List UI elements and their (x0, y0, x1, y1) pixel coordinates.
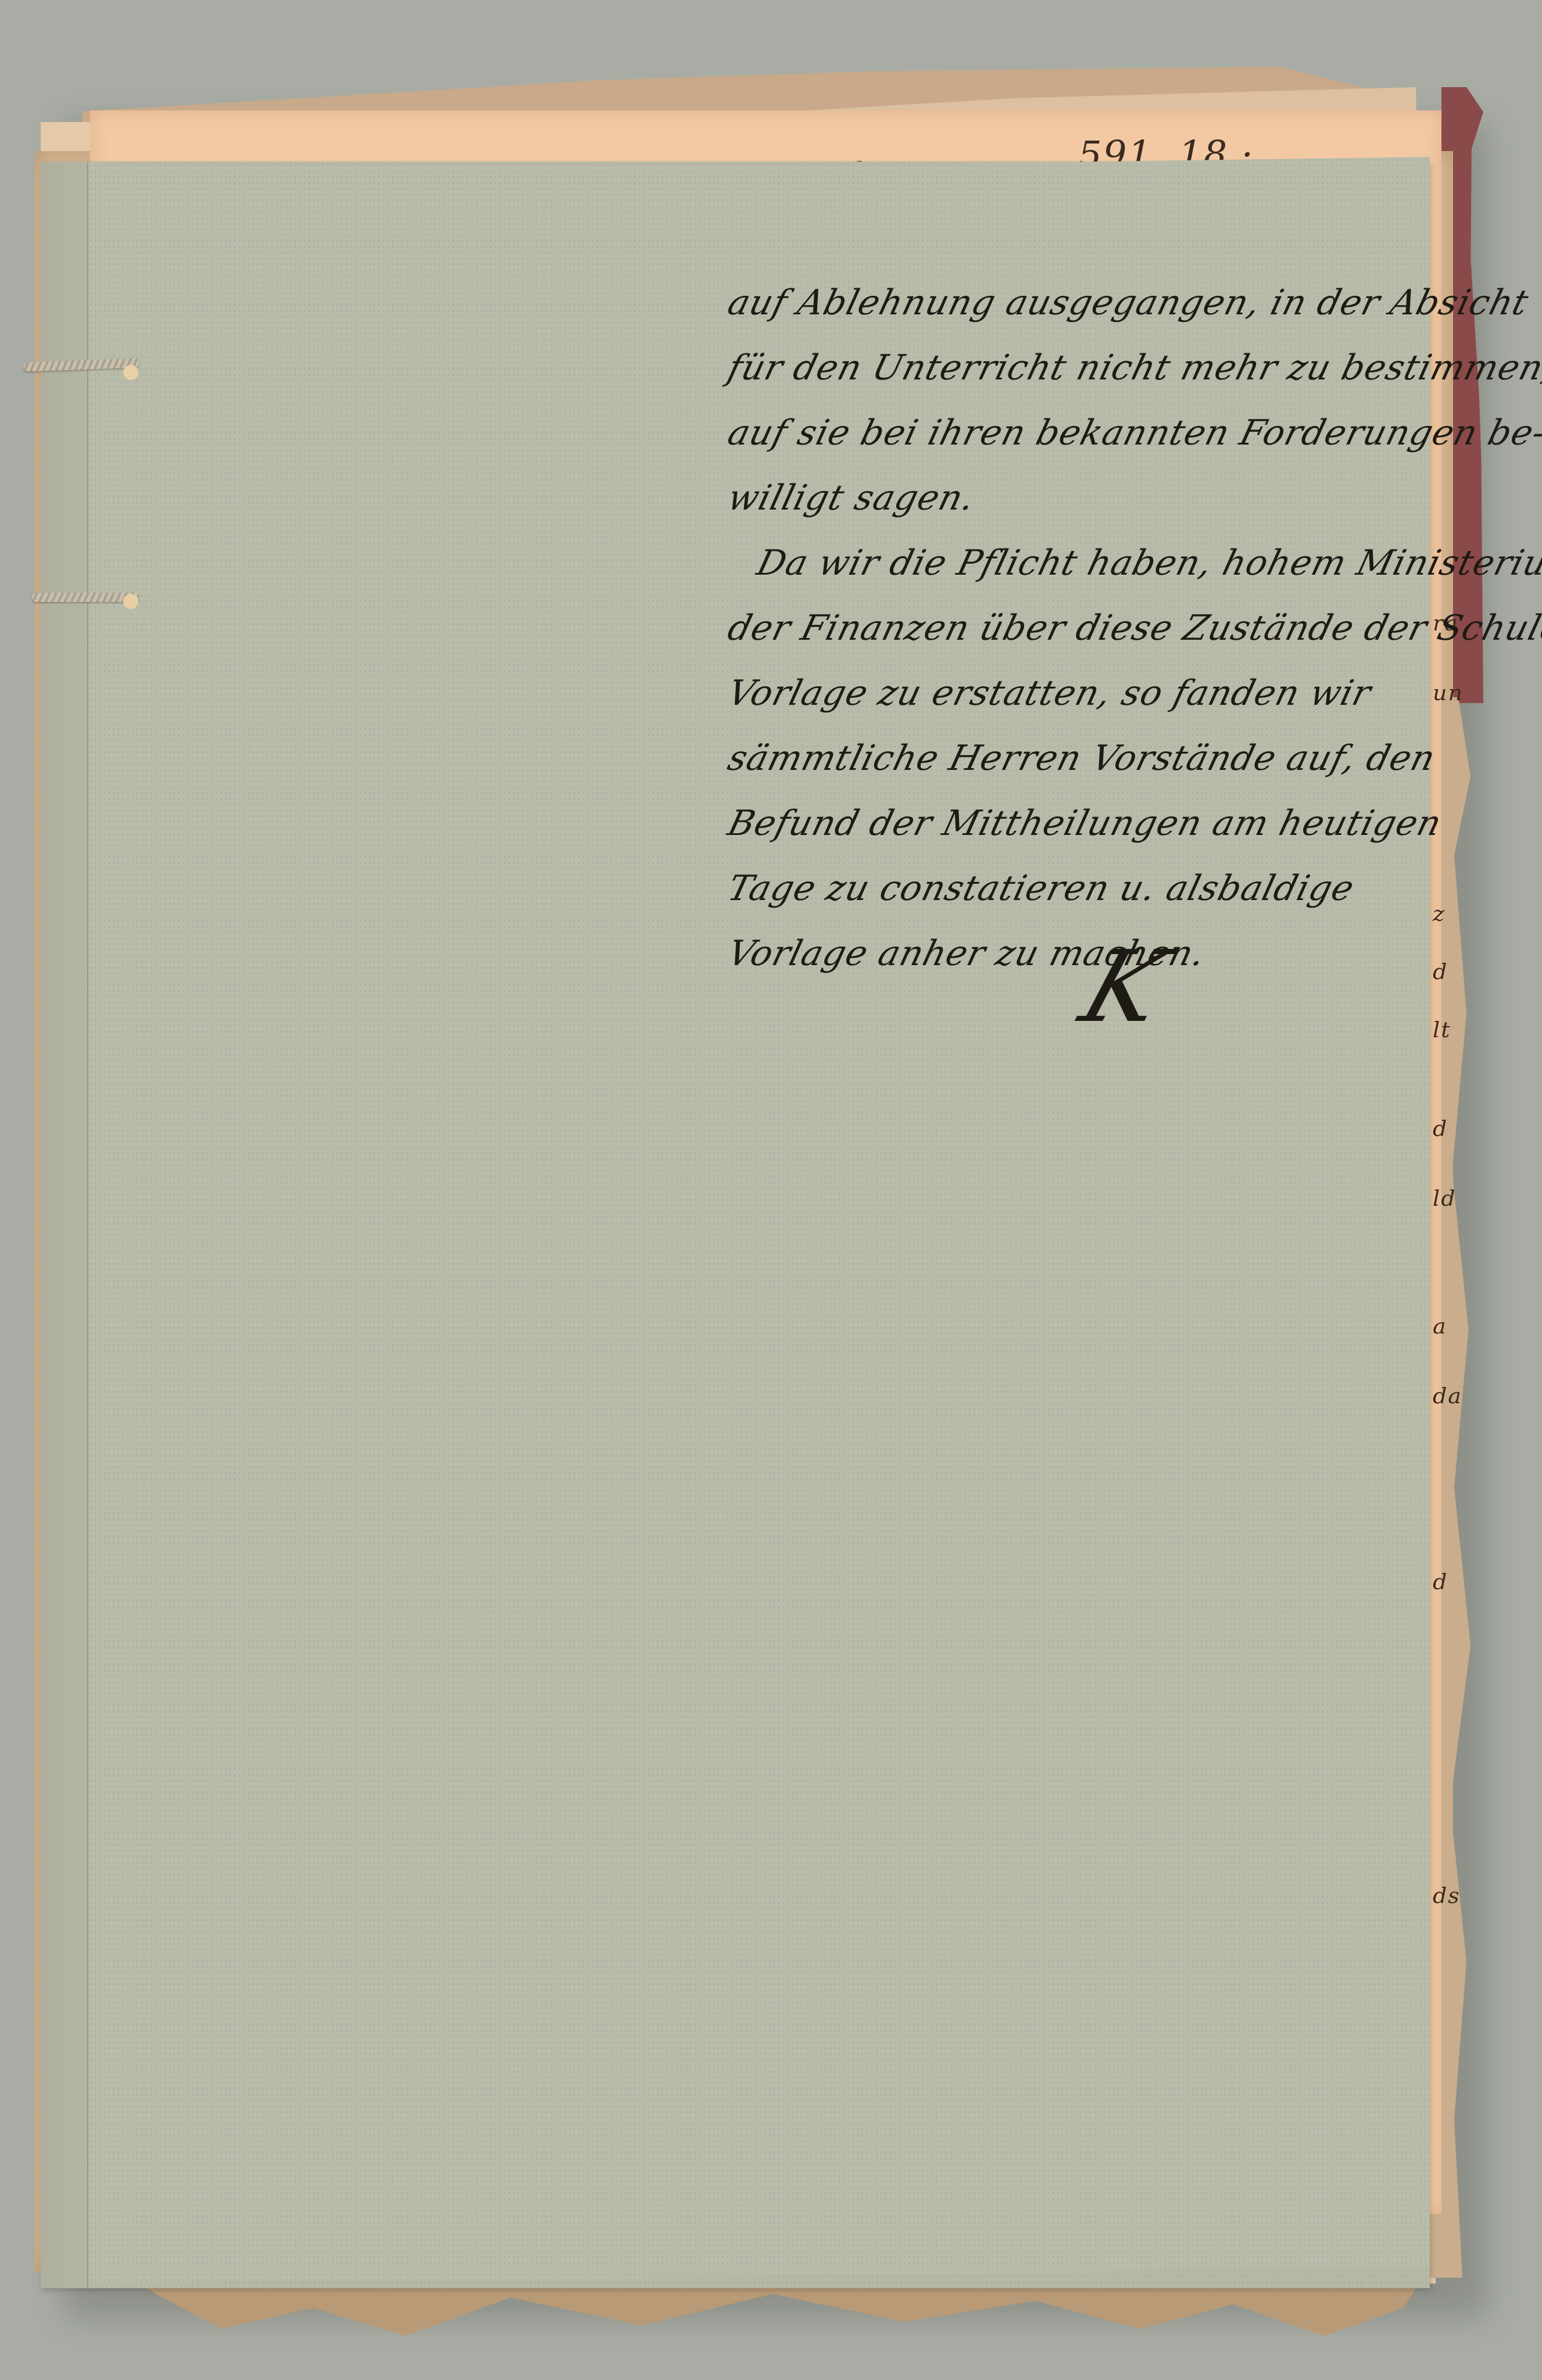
edge-text-fragment: ld (1433, 1185, 1456, 1211)
handwritten-text-block: auf Ablehnung ausgegangen, in der Absich… (721, 270, 1418, 986)
manuscript-line: Befund der Mittheilungen am heutigen (721, 791, 1434, 856)
manuscript-line: der Finanzen über diese Zustände der Sch… (721, 596, 1434, 661)
edge-text-fragment: un (1433, 680, 1464, 705)
edge-text-fragment: z (1433, 901, 1446, 926)
punch-hole (123, 365, 138, 380)
manuscript-line: willigt sagen. (721, 465, 1434, 531)
manuscript-line: auf Ablehnung ausgegangen, in der Absich… (721, 270, 1434, 335)
manuscript-line: Vorlage zu erstatten, so fanden wir (721, 661, 1434, 726)
edge-text-fragment: lt (1433, 1017, 1451, 1042)
manuscript-line: Tage zu constatieren u. alsbaldige (721, 856, 1434, 921)
scanned-document: Ph.. 591. 18 · ra un z d lt d ld a da d … (0, 0, 1542, 2380)
manuscript-line: für den Unterricht nicht mehr zu bestimm… (721, 335, 1434, 400)
manuscript-line: sämmtliche Herren Vorstände auf, den (721, 726, 1434, 791)
binding-fold (41, 162, 88, 2288)
edge-text-fragment: d (1433, 1569, 1448, 1594)
manuscript-line: Vorlage anher zu machen. (721, 921, 1434, 986)
manuscript-line: auf sie bei ihren bekannten Forderungen … (721, 400, 1434, 465)
manuscript-line: Da wir die Pflicht haben, hohem Minister… (721, 531, 1434, 596)
punch-hole (123, 594, 138, 609)
edge-text-fragment: da (1433, 1383, 1462, 1408)
edge-text-fragment: a (1433, 1313, 1447, 1339)
edge-text-fragment: d (1433, 959, 1448, 984)
edge-text-fragment: d (1433, 1116, 1448, 1141)
edge-text-fragment: ds (1433, 1883, 1461, 1908)
